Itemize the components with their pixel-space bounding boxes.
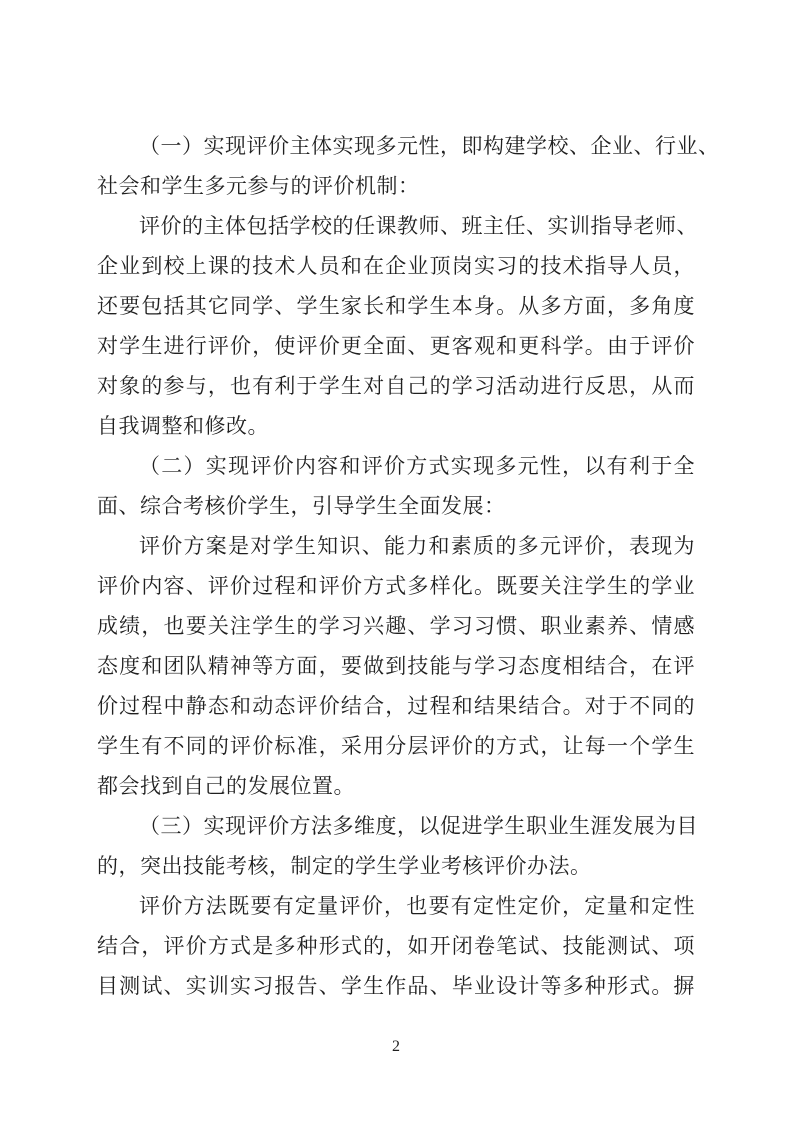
text-line: 目测试、实训实习报告、学生作品、毕业设计等多种形式。摒 — [97, 966, 695, 1006]
document-page: （一）实现评价主体实现多元性，即构建学校、企业、行业、社会和学生多元参与的评价机… — [0, 0, 793, 1122]
text-line: 自我调整和修改。 — [97, 406, 695, 446]
text-line: 评价方案是对学生知识、能力和素质的多元评价，表现为 — [97, 526, 695, 566]
text-line: 的，突出技能考核，制定的学生学业考核评价办法。 — [97, 846, 695, 886]
page-number: 2 — [97, 1035, 695, 1059]
text-line: 价过程中静态和动态评价结合，过程和结果结合。对于不同的 — [97, 686, 695, 726]
text-line: （二）实现评价内容和评价方式实现多元性，以有利于全 — [97, 446, 695, 486]
text-line: （三）实现评价方法多维度，以促进学生职业生涯发展为目 — [97, 806, 695, 846]
document-body: （一）实现评价主体实现多元性，即构建学校、企业、行业、社会和学生多元参与的评价机… — [97, 126, 695, 1006]
text-line: 评价方法既要有定量评价，也要有定性定价，定量和定性 — [97, 886, 695, 926]
text-line: 企业到校上课的技术人员和在企业顶岗实习的技术指导人员， — [97, 246, 695, 286]
text-line: 面、综合考核价学生，引导学生全面发展： — [97, 486, 695, 526]
text-line: 评价的主体包括学校的任课教师、班主任、实训指导老师、 — [97, 206, 695, 246]
text-line: 对学生进行评价，使评价更全面、更客观和更科学。由于评价 — [97, 326, 695, 366]
text-line: 社会和学生多元参与的评价机制： — [97, 166, 695, 206]
text-line: 评价内容、评价过程和评价方式多样化。既要关注学生的学业 — [97, 566, 695, 606]
text-line: 对象的参与，也有利于学生对自己的学习活动进行反思，从而 — [97, 366, 695, 406]
text-line: 成绩，也要关注学生的学习兴趣、学习习惯、职业素养、情感 — [97, 606, 695, 646]
text-line: 都会找到自己的发展位置。 — [97, 766, 695, 806]
text-line: 态度和团队精神等方面，要做到技能与学习态度相结合，在评 — [97, 646, 695, 686]
text-line: 结合，评价方式是多种形式的，如开闭卷笔试、技能测试、项 — [97, 926, 695, 966]
text-line: （一）实现评价主体实现多元性，即构建学校、企业、行业、 — [97, 126, 695, 166]
text-line: 还要包括其它同学、学生家长和学生本身。从多方面，多角度 — [97, 286, 695, 326]
text-line: 学生有不同的评价标准，采用分层评价的方式，让每一个学生 — [97, 726, 695, 766]
